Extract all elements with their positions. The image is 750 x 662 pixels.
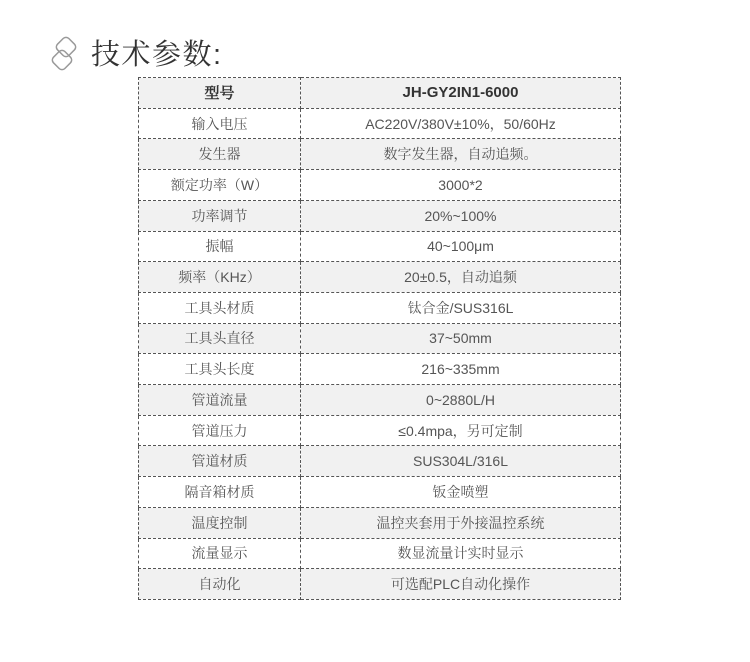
table-row: 输入电压AC220V/380V±10%，50/60Hz: [139, 108, 621, 139]
spec-value-cell: 20%~100%: [301, 200, 621, 231]
spec-table: 型号JH-GY2IN1-6000输入电压AC220V/380V±10%，50/6…: [138, 77, 621, 600]
spec-label-cell: 管道压力: [139, 415, 301, 446]
table-row: 管道材质SUS304L/316L: [139, 446, 621, 477]
page-title: 技术参数:: [91, 38, 223, 73]
spec-value-cell: 40~100μm: [301, 231, 621, 262]
page: 技术参数: 型号JH-GY2IN1-6000输入电压AC220V/380V±10…: [0, 0, 750, 662]
spec-value-cell: 216~335mm: [301, 354, 621, 385]
table-row: 工具头材质钛合金/SUS316L: [139, 292, 621, 323]
spec-label-cell: 型号: [139, 78, 301, 109]
spec-label-cell: 管道材质: [139, 446, 301, 477]
table-row: 自动化可选配PLC自动化操作: [139, 569, 621, 600]
table-row: 隔音箱材质钣金喷塑: [139, 477, 621, 508]
spec-value-cell: SUS304L/316L: [301, 446, 621, 477]
table-row: 工具头直径37~50mm: [139, 323, 621, 354]
spec-value-cell: 数字发生器，自动追频。: [301, 139, 621, 170]
spec-value-cell: 可选配PLC自动化操作: [301, 569, 621, 600]
spec-value-cell: ≤0.4mpa，另可定制: [301, 415, 621, 446]
spec-value-cell: 钛合金/SUS316L: [301, 292, 621, 323]
spec-label-cell: 隔音箱材质: [139, 477, 301, 508]
spec-label-cell: 工具头材质: [139, 292, 301, 323]
table-row: 发生器数字发生器，自动追频。: [139, 139, 621, 170]
spec-table-body: 型号JH-GY2IN1-6000输入电压AC220V/380V±10%，50/6…: [139, 78, 621, 600]
spec-label-cell: 功率调节: [139, 200, 301, 231]
spec-value-cell: 0~2880L/H: [301, 385, 621, 416]
spec-value-cell: 数显流量计实时显示: [301, 538, 621, 569]
spec-value-cell: 3000*2: [301, 170, 621, 201]
table-row: 额定功率（W）3000*2: [139, 170, 621, 201]
spec-label-cell: 管道流量: [139, 385, 301, 416]
spec-label-cell: 温度控制: [139, 507, 301, 538]
section-title: 技术参数:: [46, 34, 223, 76]
spec-value-cell: 钣金喷塑: [301, 477, 621, 508]
spec-label-cell: 输入电压: [139, 108, 301, 139]
table-row: 功率调节20%~100%: [139, 200, 621, 231]
table-row: 工具头长度216~335mm: [139, 354, 621, 385]
spec-label-cell: 频率（KHz）: [139, 262, 301, 293]
spec-label-cell: 振幅: [139, 231, 301, 262]
spec-header-row: 型号JH-GY2IN1-6000: [139, 78, 621, 109]
spec-label-cell: 工具头长度: [139, 354, 301, 385]
table-row: 温度控制温控夹套用于外接温控系统: [139, 507, 621, 538]
spec-label-cell: 流量显示: [139, 538, 301, 569]
table-row: 流量显示数显流量计实时显示: [139, 538, 621, 569]
spec-label-cell: 发生器: [139, 139, 301, 170]
spec-value-cell: 20±0.5，自动追频: [301, 262, 621, 293]
table-row: 频率（KHz）20±0.5，自动追频: [139, 262, 621, 293]
layered-diamonds-icon: [46, 34, 82, 76]
spec-value-cell: JH-GY2IN1-6000: [301, 78, 621, 109]
table-row: 振幅40~100μm: [139, 231, 621, 262]
table-row: 管道压力≤0.4mpa，另可定制: [139, 415, 621, 446]
spec-value-cell: 温控夹套用于外接温控系统: [301, 507, 621, 538]
spec-value-cell: AC220V/380V±10%，50/60Hz: [301, 108, 621, 139]
spec-label-cell: 额定功率（W）: [139, 170, 301, 201]
table-row: 管道流量0~2880L/H: [139, 385, 621, 416]
spec-label-cell: 工具头直径: [139, 323, 301, 354]
spec-value-cell: 37~50mm: [301, 323, 621, 354]
spec-label-cell: 自动化: [139, 569, 301, 600]
